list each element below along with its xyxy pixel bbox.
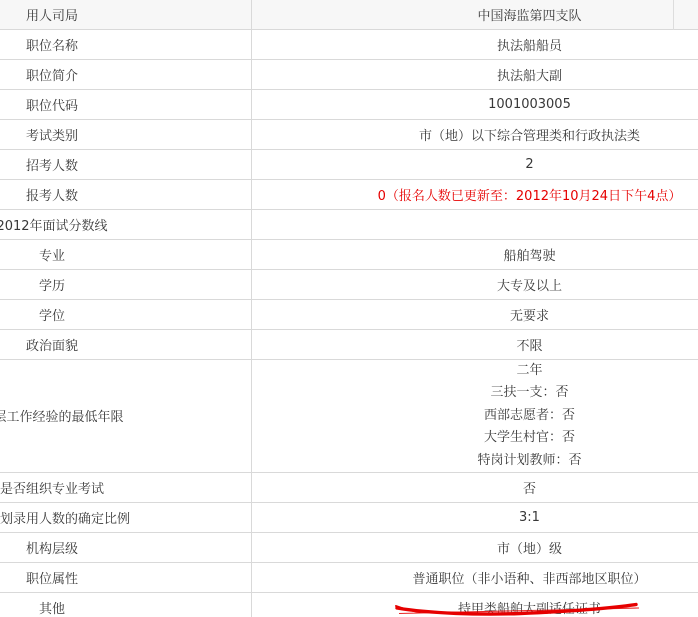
field-label: 学位 <box>0 300 252 330</box>
field-row-agency-level: 机构层级 市（地）级 <box>0 532 698 562</box>
field-row-employing-bureau: 用人司局 中国海监第四支队 <box>0 0 698 30</box>
field-row-position-name: 职位名称 执法船船员 <box>0 30 698 60</box>
field-row-professional-exam: 是否组织专业考试 否 <box>0 472 698 502</box>
field-value-multiline: 二年 三扶一支：否 西部志愿者：否 大学生村官：否 特岗计划教师：否 <box>252 360 698 473</box>
field-value: 船舶驾驶 <box>252 240 698 270</box>
field-row-education: 学历 大专及以上 <box>0 270 698 300</box>
field-label: 职位简介 <box>0 60 252 90</box>
field-row-political-status: 政治面貌 不限 <box>0 330 698 360</box>
field-row-applicant-count: 报考人数 0（报名人数已更新至：2012年10月24日下午4点） <box>0 180 698 210</box>
field-label: 职位名称 <box>0 30 252 60</box>
field-label: 招考人数 <box>0 150 252 180</box>
field-label: 2012年面试分数线 <box>0 210 252 240</box>
field-value: 执法船大副 <box>252 60 698 90</box>
field-row-recruit-count: 招考人数 2 <box>0 150 698 180</box>
experience-line: 特岗计划教师：否 <box>252 450 698 472</box>
field-row-degree: 学位 无要求 <box>0 300 698 330</box>
field-value: 2 <box>252 150 698 180</box>
field-label: 用人司局 <box>0 0 252 30</box>
field-row-other: 其他 持甲类船舶大副适任证书 <box>0 592 698 617</box>
field-value: 执法船船员 <box>252 30 698 60</box>
field-value: 1001003005 <box>252 90 698 120</box>
field-value: 无要求 <box>252 300 698 330</box>
field-label: 机构层级 <box>0 532 252 562</box>
field-label: 报考人数 <box>0 180 252 210</box>
field-value-certificate: 持甲类船舶大副适任证书 <box>252 592 698 617</box>
field-row-position-intro: 职位简介 执法船大副 <box>0 60 698 90</box>
experience-line: 西部志愿者：否 <box>252 405 698 427</box>
field-value: 不限 <box>252 330 698 360</box>
field-label: 职位属性 <box>0 562 252 592</box>
field-label: 职位代码 <box>0 90 252 120</box>
job-position-table: 用人司局 中国海监第四支队 职位名称 执法船船员 职位简介 执法船大副 职位代码… <box>0 0 698 617</box>
field-label: 专业 <box>0 240 252 270</box>
field-value-applicant-update: 0（报名人数已更新至：2012年10月24日下午4点） <box>252 180 698 210</box>
header-row-column-divider <box>673 0 674 30</box>
field-label: 考试类别 <box>0 120 252 150</box>
job-detail-viewport: 用人司局 中国海监第四支队 职位名称 执法船船员 职位简介 执法船大副 职位代码… <box>0 0 698 617</box>
field-row-interview-score-line: 2012年面试分数线 <box>0 210 698 240</box>
field-row-grassroots-experience: 基层工作经验的最低年限 二年 三扶一支：否 西部志愿者：否 大学生村官：否 特岗… <box>0 360 698 473</box>
field-label: 基层工作经验的最低年限 <box>0 360 252 473</box>
field-row-hiring-ratio: 与计划录用人数的确定比例 3:1 <box>0 502 698 532</box>
field-label: 学历 <box>0 270 252 300</box>
field-row-position-code: 职位代码 1001003005 <box>0 90 698 120</box>
field-row-major: 专业 船舶驾驶 <box>0 240 698 270</box>
field-value: 否 <box>252 472 698 502</box>
experience-line: 三扶一支：否 <box>252 382 698 404</box>
experience-line: 二年 <box>252 360 698 382</box>
field-value-empty <box>252 210 698 240</box>
field-row-exam-category: 考试类别 市（地）以下综合管理类和行政执法类 <box>0 120 698 150</box>
field-value: 市（地）级 <box>252 532 698 562</box>
field-value: 市（地）以下综合管理类和行政执法类 <box>252 120 698 150</box>
field-label: 是否组织专业考试 <box>0 472 252 502</box>
field-value: 普通职位（非小语种、非西部地区职位） <box>252 562 698 592</box>
field-label: 与计划录用人数的确定比例 <box>0 502 252 532</box>
field-label: 政治面貌 <box>0 330 252 360</box>
field-value: 3:1 <box>252 502 698 532</box>
field-value: 大专及以上 <box>252 270 698 300</box>
field-value: 中国海监第四支队 <box>252 0 698 30</box>
field-row-position-attribute: 职位属性 普通职位（非小语种、非西部地区职位） <box>0 562 698 592</box>
field-label: 其他 <box>0 592 252 617</box>
experience-line: 大学生村官：否 <box>252 427 698 449</box>
